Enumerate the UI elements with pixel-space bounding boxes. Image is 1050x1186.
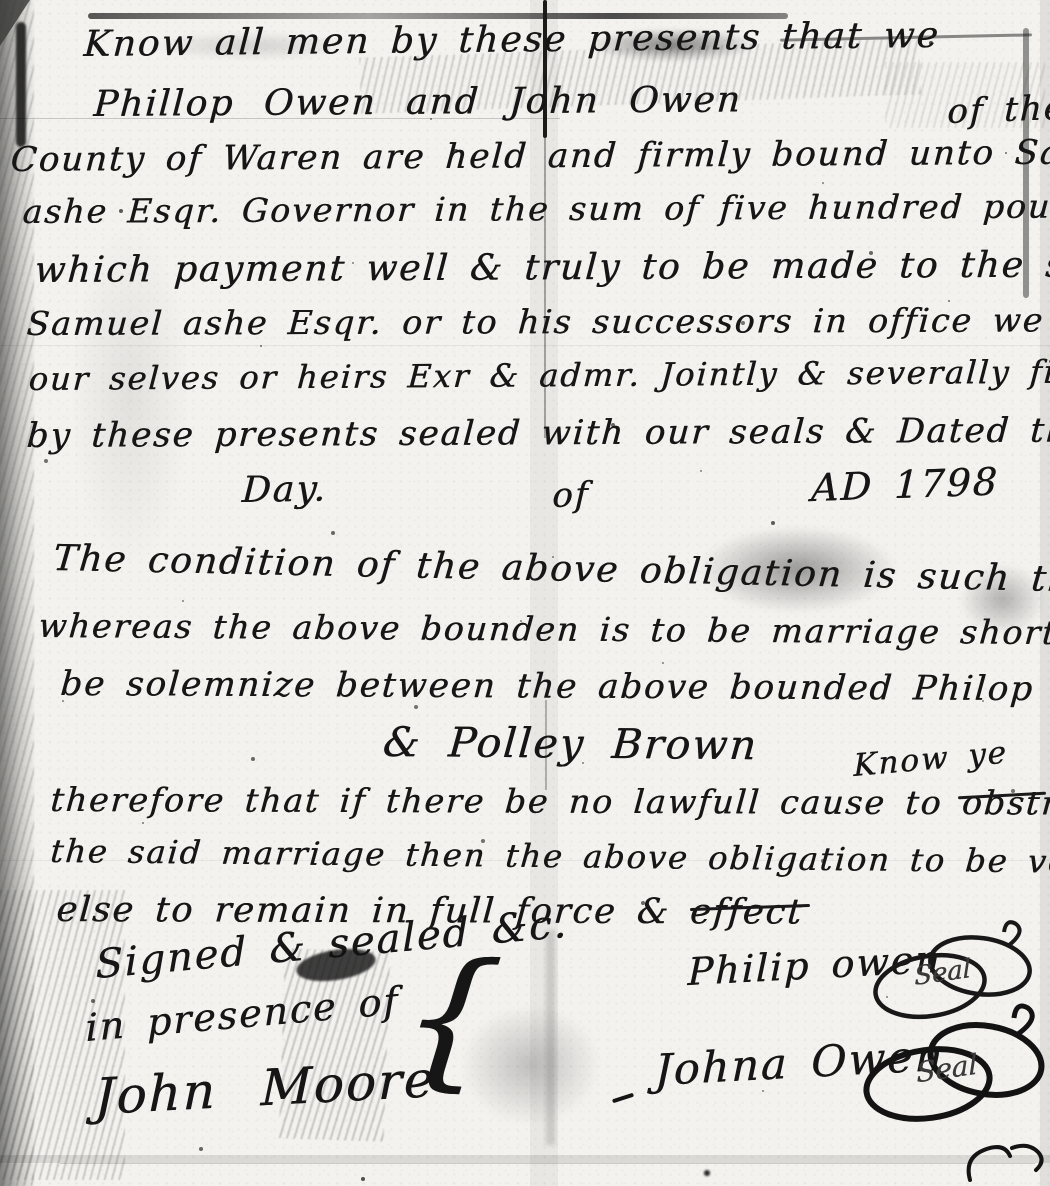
date-day-label: Day. [241, 469, 328, 512]
bride-name-line: & Polley Brown [381, 718, 760, 769]
date-year: AD 1798 [810, 459, 999, 510]
doc-line-sealed-dated: by these presents sealed with our seals … [25, 410, 1050, 456]
condition-line-4: therefore that if there be no lawfull ca… [49, 780, 1050, 823]
doc-line-successors: Samuel ashe Esqr. or to his successors i… [25, 300, 1050, 343]
scanned-document-page: Know all men by these presents that we P… [0, 0, 1050, 1186]
doc-line-heirs: our selves or heirs Exr & admr. Jointly … [28, 352, 1050, 398]
bottom-edge-shade [0, 1155, 1050, 1163]
date-of-label: of [552, 475, 590, 516]
doc-line-bondsmen-names: Phillop Owen and John Owen [92, 79, 743, 125]
doc-line-of-the: of the [947, 88, 1050, 132]
bottom-paper-edge-line [60, 1163, 1035, 1164]
top-left-corner-tear [0, 0, 30, 46]
corner-squiggle-path [960, 1140, 1045, 1186]
condition-line-2: whereas the above bounden is to be marri… [37, 606, 1050, 653]
seal-flourish-john: Seal [858, 1012, 1048, 1137]
dust-specks [0, 0, 2, 2]
condition-line-3: be solemnize between the above bounded P… [59, 664, 1050, 710]
corner-squiggle [960, 1140, 1045, 1186]
doc-line-payment: which payment well & truly to be made to… [33, 244, 1050, 291]
know-ye-aside: Know ye [853, 734, 1008, 784]
condition-line-5: the said marriage then the above obligat… [49, 832, 1050, 882]
doc-line-county: County of Waren are held and firmly boun… [9, 132, 1050, 180]
doc-line-governor-sum: ashe Esqr. Governor in the sum of five h… [21, 186, 1050, 231]
